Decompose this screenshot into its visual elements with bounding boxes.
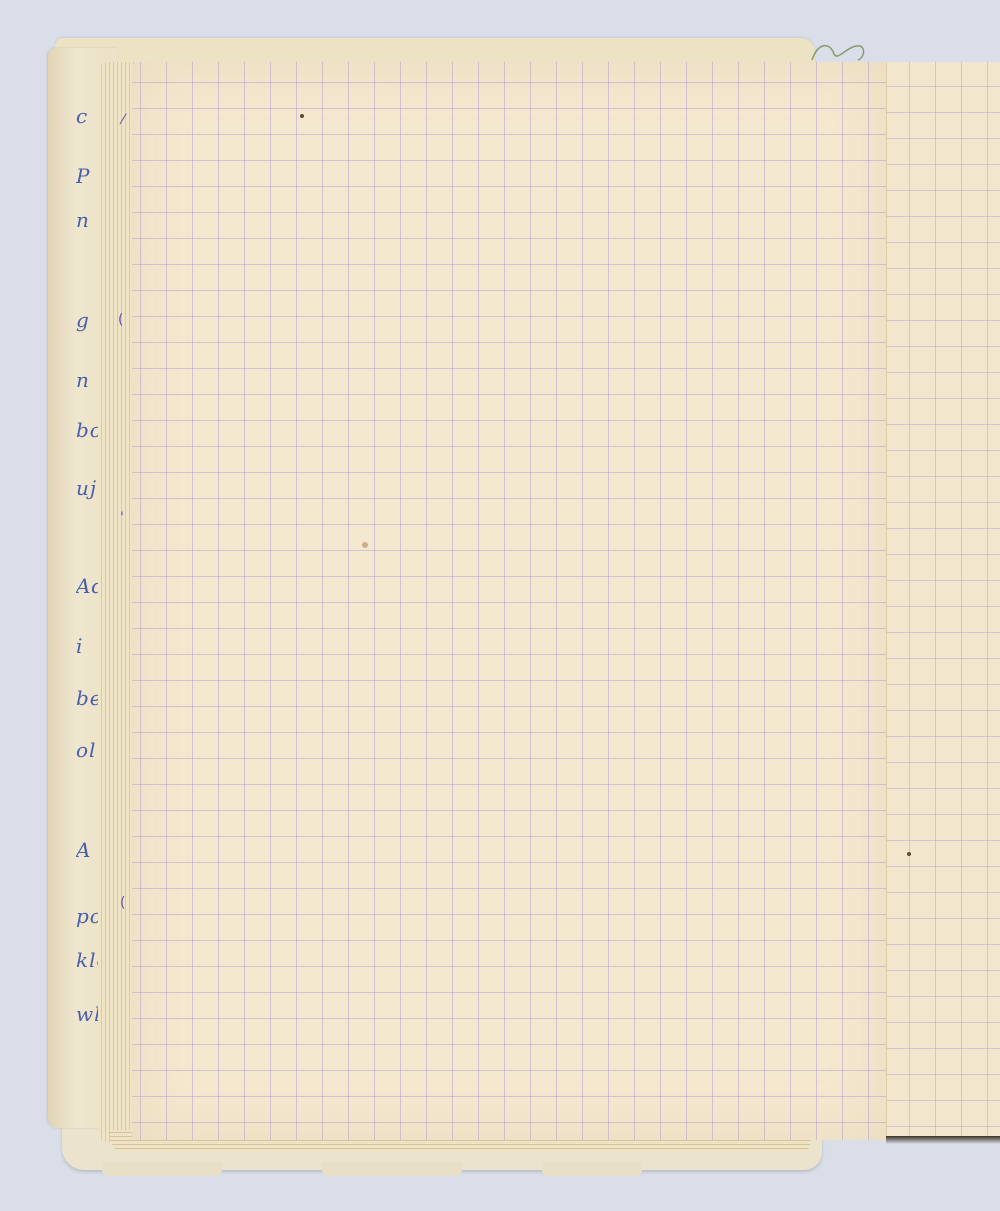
binding-thread-icon xyxy=(808,40,868,64)
cover-shadow xyxy=(886,1136,1000,1144)
graph-paper-page xyxy=(132,62,888,1140)
notebook-scene: cPngnboujAdibeolApoklęwl ⁄('( xyxy=(0,0,1000,1211)
paper-stain xyxy=(362,542,368,548)
ink-speck xyxy=(907,852,911,856)
margin-mark: ⁄ xyxy=(122,112,124,128)
ink-speck xyxy=(300,114,304,118)
margin-mark: ' xyxy=(120,510,124,526)
paper-tear xyxy=(542,1162,642,1176)
graph-paper-right-page xyxy=(886,62,1000,1136)
margin-mark: ( xyxy=(118,312,123,328)
paper-tear xyxy=(322,1162,462,1176)
margin-mark: ( xyxy=(120,895,125,911)
paper-tear xyxy=(102,1162,222,1176)
